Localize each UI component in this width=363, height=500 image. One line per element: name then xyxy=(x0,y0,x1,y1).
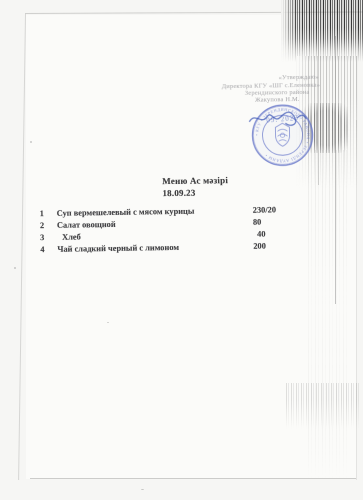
menu-title-block: Меню Ас мәзірі 18.09.23 xyxy=(162,174,228,199)
item-number: 2 xyxy=(40,221,44,230)
item-portion: 40 xyxy=(257,230,266,239)
item-name: Хлеб xyxy=(62,232,81,241)
document-content: «Утверждаю» Директора КГУ «ШГ с.Еленовка… xyxy=(0,0,363,500)
item-number: 1 xyxy=(40,209,44,218)
item-portion: 80 xyxy=(253,218,262,227)
item-name: Чай сладкий черный с лимоном xyxy=(57,243,179,254)
item-portion: 230/20 xyxy=(253,205,276,214)
scanned-menu-document: «Утверждаю» Директора КГУ «ШГ с.Еленовка… xyxy=(0,0,363,500)
menu-title: Меню Ас мәзірі xyxy=(162,174,228,187)
item-name: Салат овощной xyxy=(57,220,116,230)
item-name: Суп вермешелевый с мясом курицы xyxy=(57,207,195,218)
item-number: 4 xyxy=(40,245,44,254)
item-number: 3 xyxy=(40,233,44,242)
approval-line-utverzhdayu: «Утверждаю» xyxy=(279,74,319,82)
item-portion: 200 xyxy=(253,242,266,251)
official-stamp: • КГУ • ЗЕРЕНДИНСКОГО РАЙОНА • ЗЕРЕНДІ А… xyxy=(247,99,318,170)
menu-date: 18.09.23 xyxy=(162,186,228,199)
